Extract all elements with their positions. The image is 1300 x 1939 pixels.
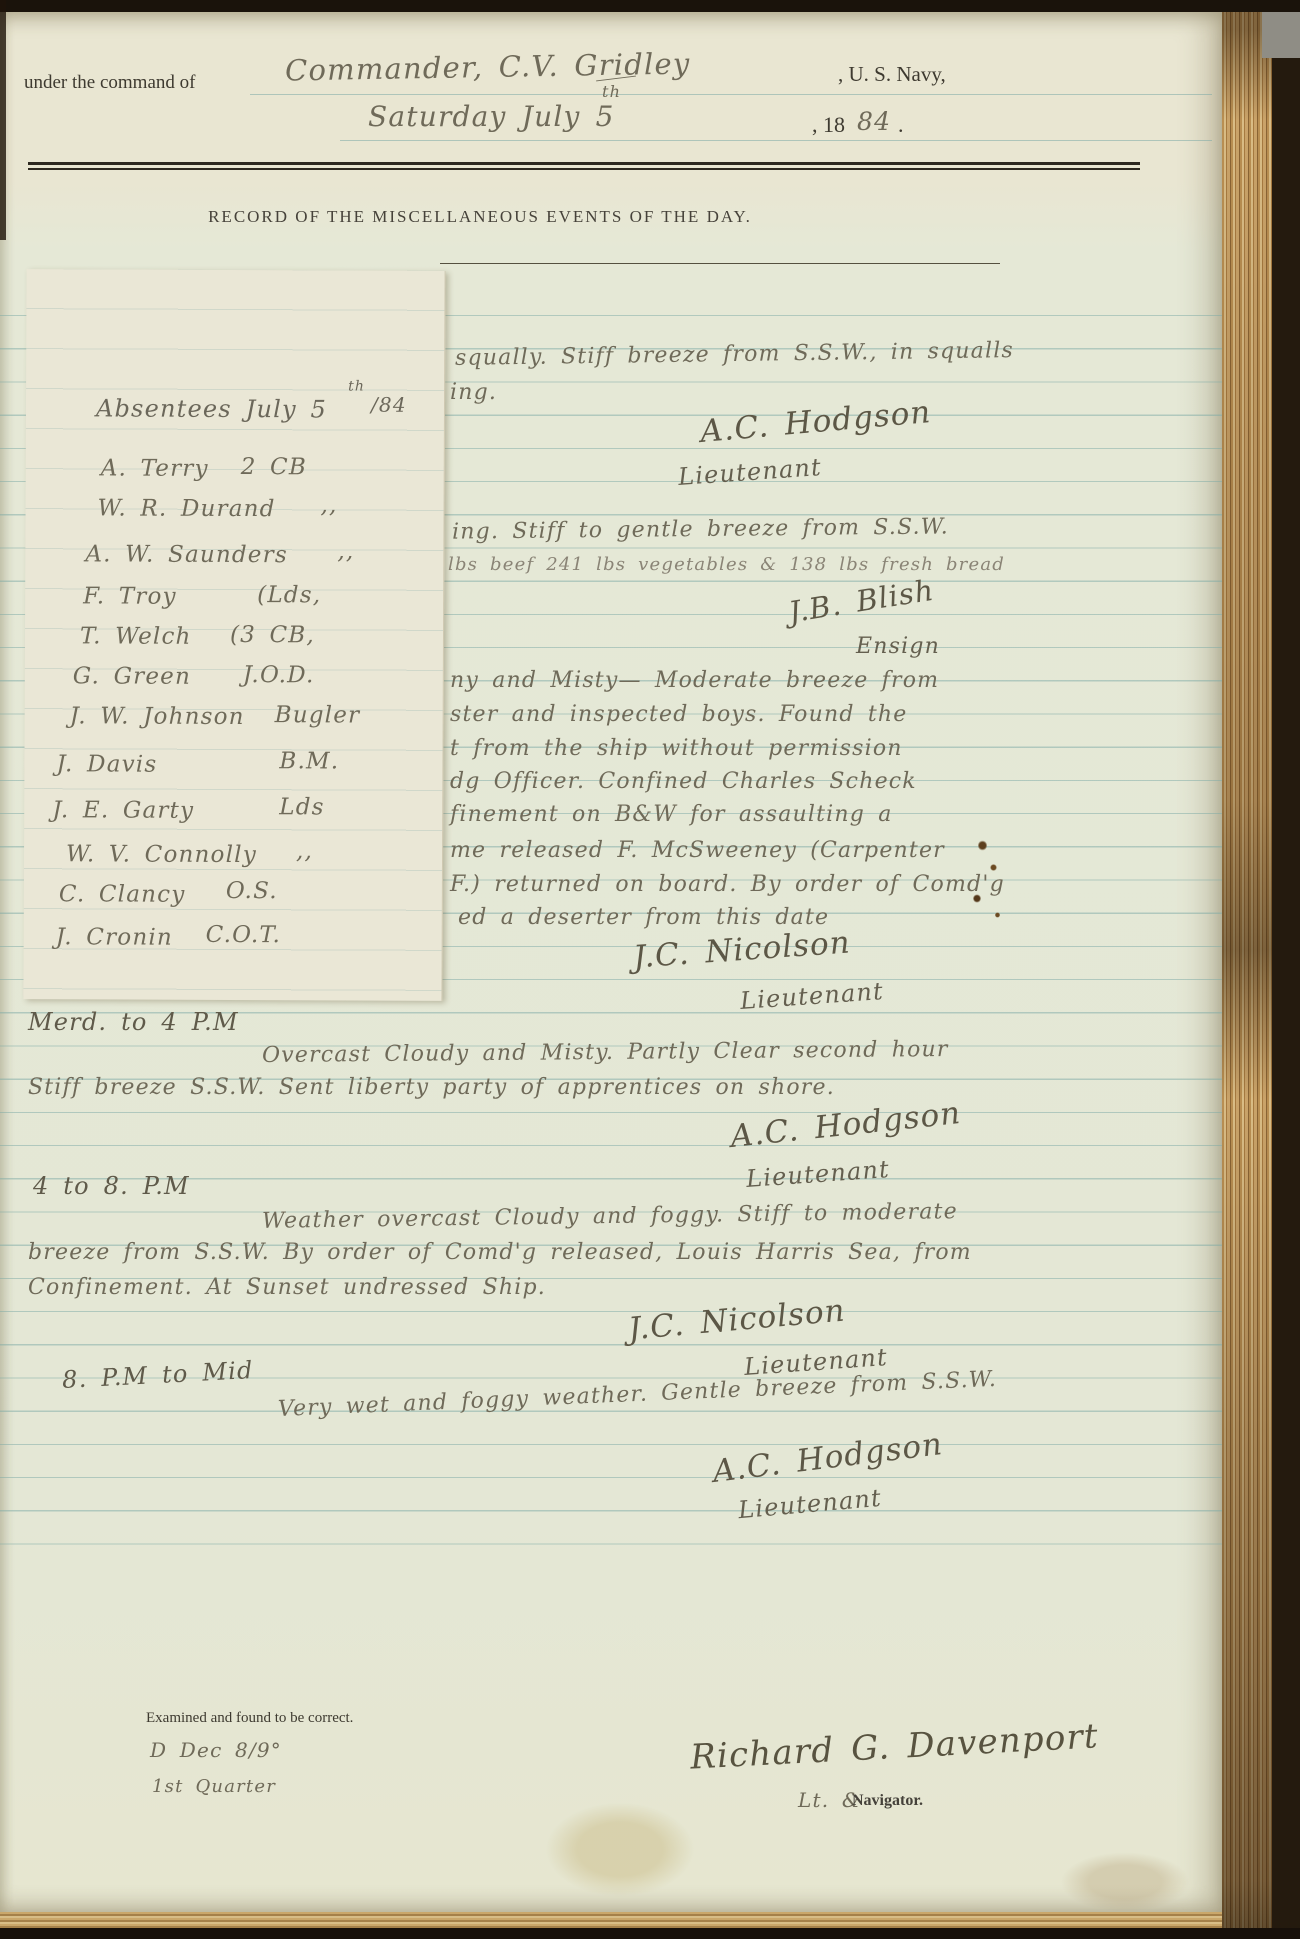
absentee-name: W. R. Durand <box>97 495 275 522</box>
log-line: breeze from S.S.W. By order of Comd'g re… <box>28 1240 972 1265</box>
log-line: finement on B&W for assaulting a <box>450 802 893 827</box>
absentee-name: J. Davis <box>56 751 157 777</box>
absentee-slip: Absentees July 5 th /84 A. Terry 2 CB W.… <box>23 269 445 1001</box>
log-line: lbs beef 241 lbs vegetables & 138 lbs fr… <box>448 554 1005 575</box>
absentee-name: G. Green <box>73 663 191 690</box>
absentee-name: J. E. Garty <box>52 797 194 824</box>
book-fore-edge <box>1222 0 1272 1939</box>
absentee-rating: O.S. <box>226 878 278 904</box>
photo-bottom-edge <box>0 1928 1300 1939</box>
log-line: ed a deserter from this date <box>458 905 829 930</box>
watch-heading: Merd. to 4 P.M <box>28 1008 239 1036</box>
printed-year-prefix: , 18 <box>812 112 845 138</box>
ink-blot <box>973 894 981 903</box>
footer-note-2: 1st Quarter <box>152 1776 276 1797</box>
footer-note-1: D Dec 8/9° <box>150 1738 282 1762</box>
absentee-rating: ,, <box>296 838 313 864</box>
date-ordinal-superscript: th <box>602 82 621 101</box>
absentee-rating: (Lds, <box>257 582 321 608</box>
double-rule-bottom <box>28 168 1140 170</box>
section-heading: RECORD OF THE MISCELLANEOUS EVENTS OF TH… <box>0 207 960 227</box>
log-line: dg Officer. Confined Charles Scheck <box>450 769 917 794</box>
log-line: ing. <box>450 380 497 405</box>
absentee-name: T. Welch <box>80 623 192 649</box>
watch-heading: 4 to 8. P.M <box>33 1172 190 1200</box>
navigator-rank-printed: Navigator. <box>852 1792 923 1810</box>
absentee-name: A. W. Saunders <box>85 541 288 568</box>
slip-title-ordinal: th <box>348 378 365 394</box>
commander-name-handwritten: Commander, C.V. Gridley <box>285 46 691 87</box>
book-cover-edge <box>1272 0 1300 1939</box>
logbook-page: under the command of Commander, C.V. Gri… <box>0 12 1222 1912</box>
log-line: ster and inspected boys. Found the <box>450 702 907 727</box>
log-line: Confinement. At Sunset undressed Ship. <box>28 1275 546 1300</box>
absentee-rating: (3 CB, <box>230 622 315 648</box>
navigator-signature: Richard G. Davenport <box>689 1716 1100 1777</box>
log-line: me released F. McSweeney (Carpenter <box>450 838 945 863</box>
ink-blot <box>995 912 1000 918</box>
log-line: ny and Misty— Moderate breeze from <box>450 668 939 693</box>
logbook-photo: under the command of Commander, C.V. Gri… <box>0 0 1300 1939</box>
log-line: ing. Stiff to gentle breeze from S.S.W. <box>452 514 949 544</box>
heading-underline <box>440 263 1000 264</box>
log-line: t from the ship without permission <box>450 736 903 761</box>
photo-top-edge <box>0 0 1300 12</box>
double-rule-top <box>28 162 1140 165</box>
absentee-name: W. V. Connolly <box>66 841 257 868</box>
absentee-rating: C.O.T. <box>206 922 282 948</box>
slip-title-year: /84 <box>371 393 407 417</box>
absentee-rating: 2 CB <box>241 454 307 480</box>
absentee-rating: Lds <box>279 794 325 820</box>
ink-blot <box>990 864 997 871</box>
absentee-name: J. W. Johnson <box>70 703 245 730</box>
paper-stain <box>545 1802 695 1897</box>
examined-statement: Examined and found to be correct. <box>146 1710 353 1727</box>
photo-left-edge <box>0 0 6 240</box>
printed-command-prefix: under the command of <box>24 72 195 94</box>
page-bottom-edge <box>0 1912 1222 1928</box>
absentee-name: F. Troy <box>83 583 177 609</box>
ink-blot <box>978 840 987 851</box>
absentee-name: A. Terry <box>101 455 209 481</box>
absentee-rating: Bugler <box>275 702 361 728</box>
year-handwritten: 84 <box>857 107 891 136</box>
absentee-rating: B.M. <box>279 748 339 774</box>
log-line: Stiff breeze S.S.W. Sent liberty party o… <box>28 1075 835 1100</box>
absentee-rating: ,, <box>337 538 354 564</box>
absentee-rating: J.O.D. <box>243 662 315 688</box>
absentee-name: J. Cronin <box>56 924 173 951</box>
log-line: F.) returned on board. By order of Comd'… <box>450 872 1005 897</box>
paper-stain <box>1060 1852 1190 1912</box>
slip-title: Absentees July 5 <box>96 394 327 423</box>
absentee-name: C. Clancy <box>59 881 186 908</box>
year-period: . <box>898 112 904 138</box>
date-handwritten: Saturday July 5 <box>368 100 615 133</box>
header-rule-blue-2 <box>340 140 1212 141</box>
printed-navy-suffix: , U. S. Navy, <box>838 62 946 87</box>
header-rule-blue-1 <box>250 94 1212 95</box>
absentee-rating: ,, <box>321 492 338 518</box>
officer-rank: Ensign <box>856 634 940 659</box>
